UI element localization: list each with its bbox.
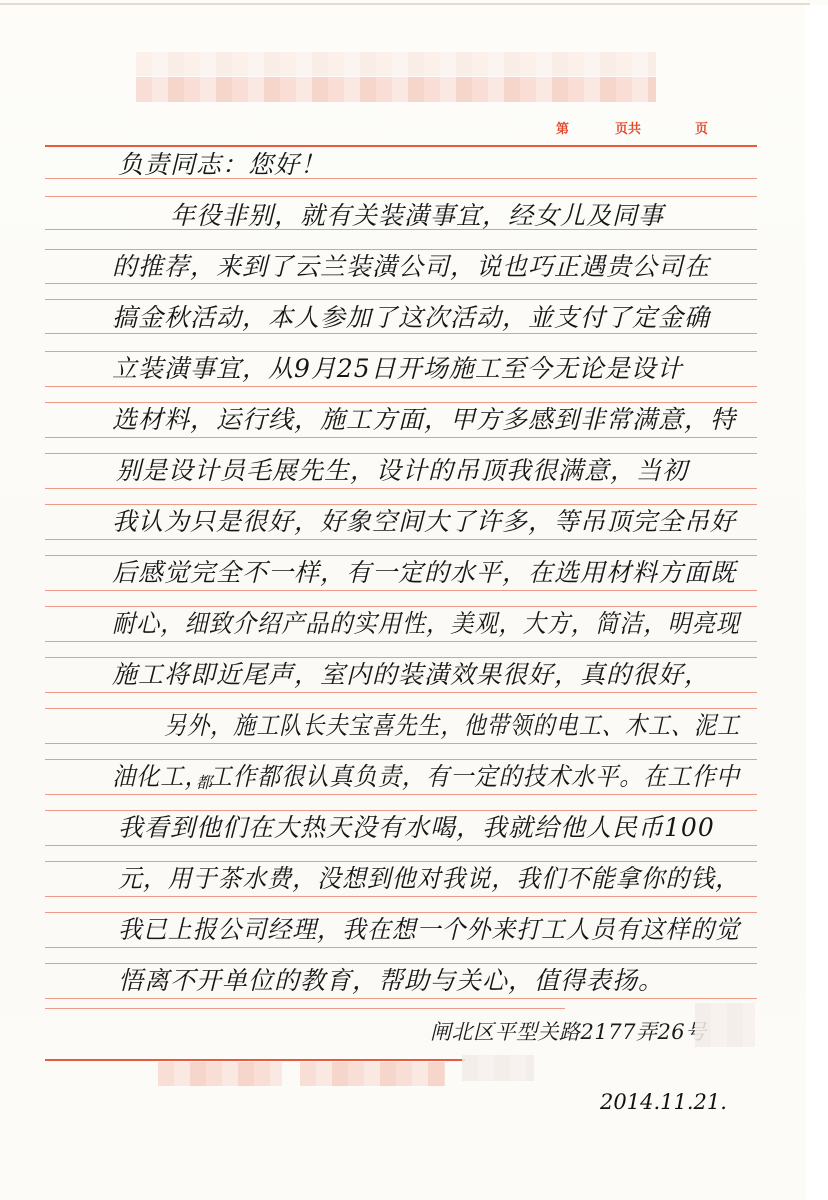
letter-line-3: 搞金秋活动，本人参加了这次活动，並支付了定金确 — [112, 301, 710, 335]
redacted-letterhead-row-2 — [136, 77, 656, 102]
rule-line — [45, 590, 757, 591]
letter-line-15: 我已上报公司经理，我在想一个外来打工人员有这样的觉 — [118, 913, 740, 947]
rule-line-top — [45, 145, 757, 147]
letter-line-16: 悟离不开单位的教育，帮助与关心，值得表扬。 — [118, 964, 664, 998]
letter-date: 2014.11.21. — [600, 1090, 727, 1114]
redacted-footer-2 — [300, 1062, 445, 1086]
redacted-footer-3 — [462, 1055, 534, 1081]
page-number-labels: 第 页共 页 — [0, 118, 828, 138]
rule-line — [45, 437, 757, 438]
signature-address: 闸北区平型关路2177弄26号 — [430, 1016, 707, 1046]
redacted-letterhead-row-1 — [136, 52, 656, 76]
rule-line — [45, 299, 757, 300]
letter-line-1: 年役非别，就有关装潢事宜，经女儿及同事 — [118, 199, 664, 233]
letter-page: 第 页共 页 负责同志：您好！ 年役非别，就有关装潢事宜，经女儿及同事 的推荐，… — [0, 0, 828, 1200]
rule-line — [45, 539, 757, 540]
rule-line — [45, 743, 757, 744]
letter-line-4: 立装潢事宜，从9月25日开场施工至今无论是设计 — [112, 352, 683, 386]
letter-line-10: 施工将即近尾声，室内的装潢效果很好，真的很好， — [112, 658, 710, 692]
salutation: 负责同志：您好！ — [118, 148, 326, 182]
letter-line-11: 另外，施工队长夫宝喜先生，他带领的电工、木工、泥工 — [118, 709, 740, 743]
insertion-mark: 都 — [196, 770, 212, 793]
rule-line — [45, 386, 757, 387]
rule-line — [45, 196, 757, 197]
redacted-signature-name — [695, 1003, 755, 1047]
rule-line — [45, 947, 757, 948]
rule-line — [45, 1008, 565, 1009]
page-label-ye-gong: 页共 — [615, 118, 641, 137]
rule-line — [45, 896, 757, 897]
letter-line-9: 耐心，细致介绍产品的实用性，美观，大方，简洁，明亮现 — [112, 607, 740, 641]
rule-line — [45, 845, 757, 846]
letter-line-5: 选材料，运行线，施工方面，甲方多感到非常满意，特 — [112, 403, 736, 437]
letter-line-7: 我认为只是很好，好象空间大了许多，等吊顶完全吊好 — [112, 505, 736, 539]
letter-line-14: 元，用于茶水费，没想到他对我说，我们不能拿你的钱， — [118, 862, 740, 896]
rule-line — [45, 998, 757, 999]
rule-line — [45, 692, 757, 693]
page-label-ye: 页 — [695, 118, 708, 137]
letter-line-13: 我看到他们在大热天没有水喝，我就给他人民币100 — [118, 811, 715, 845]
letter-line-2: 的推荐，来到了云兰装潢公司，说也巧正遇贵公司在 — [112, 250, 710, 284]
letter-line-6: 别是设计员毛展先生，设计的吊顶我很满意，当初 — [116, 454, 688, 488]
rule-line — [45, 488, 757, 489]
rule-line — [45, 641, 757, 642]
letter-line-8: 后感觉完全不一样，有一定的水平，在选用材料方面既 — [112, 556, 736, 590]
page-label-di: 第 — [556, 118, 569, 137]
rule-line-bottom — [45, 1059, 465, 1061]
redacted-footer-1 — [158, 1062, 282, 1086]
paper-right-margin — [806, 5, 828, 1200]
rule-line — [45, 794, 757, 795]
paper-top-edge — [0, 3, 810, 5]
